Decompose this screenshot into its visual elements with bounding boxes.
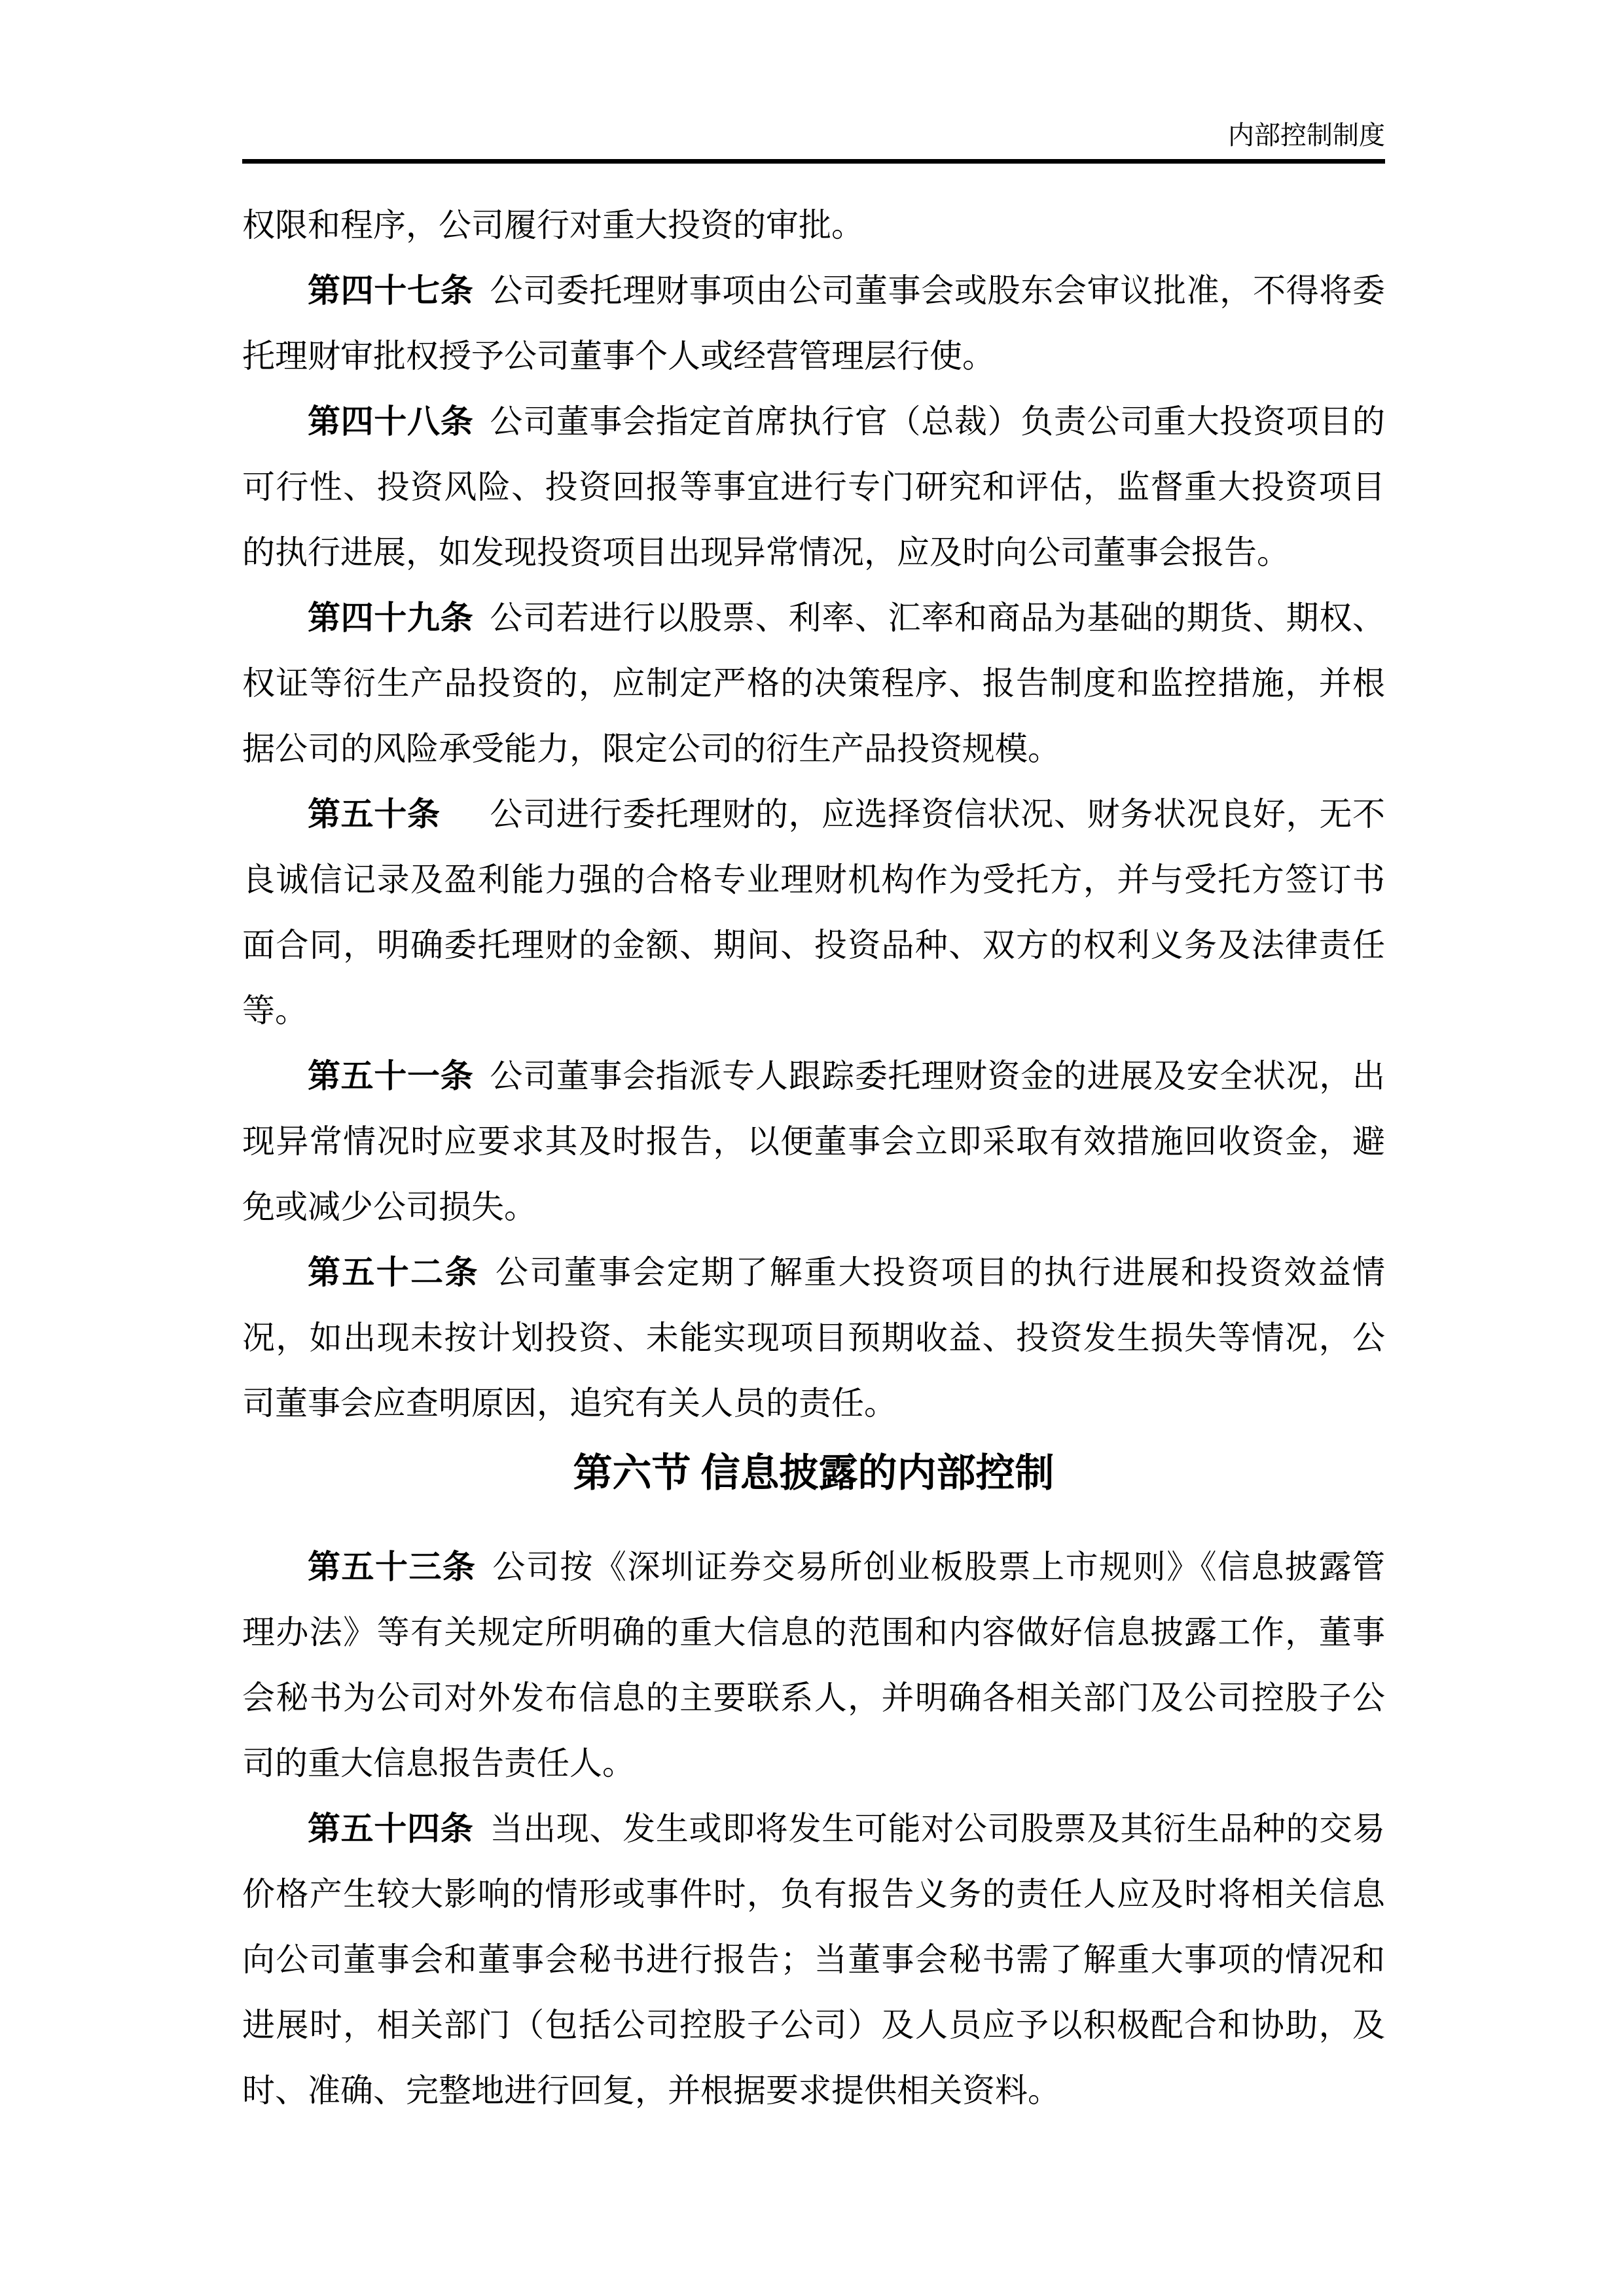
article-50-number: 第五十条 [308,796,441,833]
article-47-number: 第四十七条 [308,272,473,309]
header-title: 内部控制制度 [1228,120,1385,150]
article-52-number: 第五十二条 [308,1254,479,1291]
article-52-paragraph: 第五十二条公司董事会定期了解重大投资项目的执行进展和投资效益情况，如出现未按计划… [242,1240,1385,1436]
article-48-paragraph: 第四十八条公司董事会指定首席执行官（总裁）负责公司重大投资项目的可行性、投资风险… [242,389,1385,585]
paragraph-text: 当出现、发生或即将发生可能对公司股票及其衍生品种的交易价格产生较大影响的情形或事… [242,1810,1385,2109]
article-54-paragraph: 第五十四条当出现、发生或即将发生可能对公司股票及其衍生品种的交易价格产生较大影响… [242,1796,1385,2123]
article-48-number: 第四十八条 [308,403,473,440]
page-header: 内部控制制度 [242,121,1385,164]
document-page: 内部控制制度 权限和程序，公司履行对重大投资的审批。 第四十七条公司委托理财事项… [0,0,1624,2296]
article-51-paragraph: 第五十一条公司董事会指派专人跟踪委托理财资金的进展及安全状况，出现异常情况时应要… [242,1043,1385,1240]
article-53-number: 第五十三条 [308,1549,476,1585]
section-heading: 第六节 信息披露的内部控制 [242,1444,1385,1503]
article-49-paragraph: 第四十九条公司若进行以股票、利率、汇率和商品为基础的期货、期权、权证等衍生产品投… [242,585,1385,781]
article-51-number: 第五十一条 [308,1058,473,1094]
article-50-paragraph: 第五十条 公司进行委托理财的，应选择资信状况、财务状况良好，无不良诚信记录及盈利… [242,781,1385,1043]
document-body: 权限和程序，公司履行对重大投资的审批。 第四十七条公司委托理财事项由公司董事会或… [242,192,1385,2123]
intro-paragraph: 权限和程序，公司履行对重大投资的审批。 [242,192,1385,258]
article-47-paragraph: 第四十七条公司委托理财事项由公司董事会或股东会审议批准，不得将委托理财审批权授予… [242,258,1385,389]
paragraph-text: 权限和程序，公司履行对重大投资的审批。 [242,207,864,243]
article-54-number: 第五十四条 [308,1810,473,1847]
article-49-number: 第四十九条 [308,600,473,636]
article-53-paragraph: 第五十三条公司按《深圳证券交易所创业板股票上市规则》《信息披露管理办法》等有关规… [242,1534,1385,1796]
